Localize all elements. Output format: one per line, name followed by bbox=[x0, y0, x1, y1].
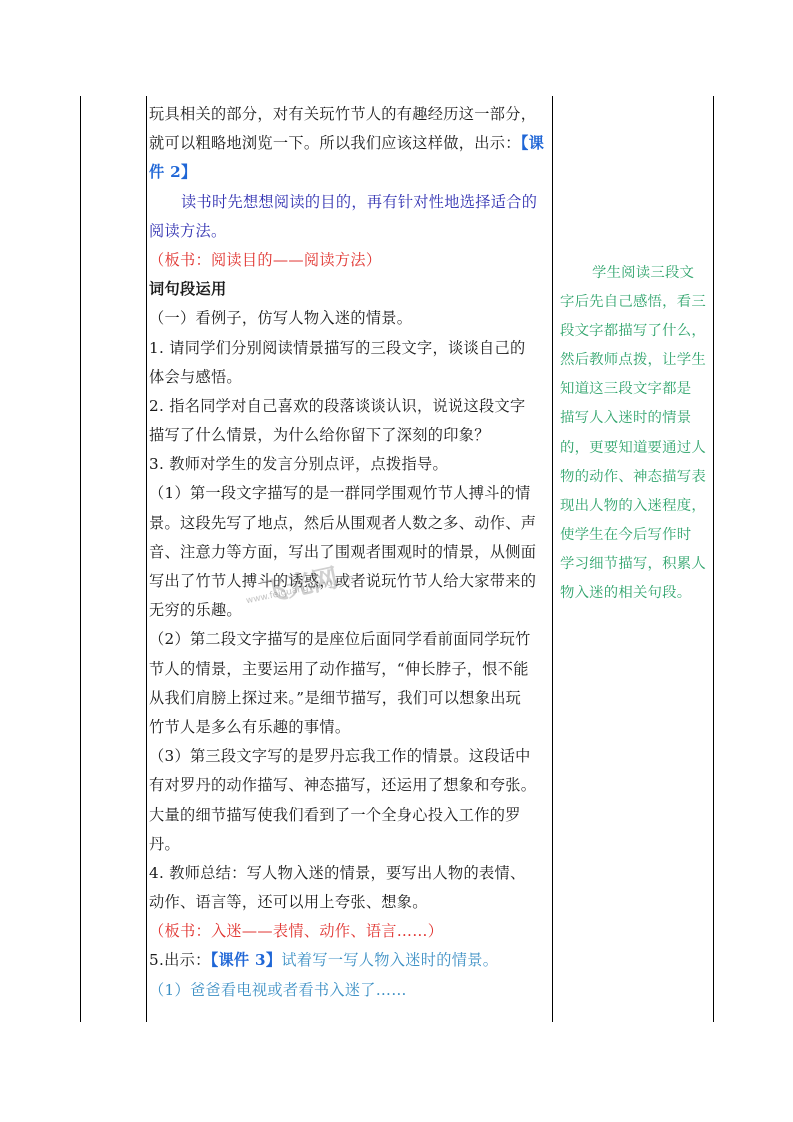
text-line: 竹节人是多么有乐趣的事情。 bbox=[149, 713, 560, 742]
table-border-left bbox=[80, 96, 81, 1022]
text-line: 景。这段先写了地点，然后从围观者人数之多、动作、声 bbox=[149, 509, 560, 538]
note-line: 字后先自己感悟，看三 bbox=[560, 288, 716, 317]
text-line: 3. 教师对学生的发言分别点评，点拨指导。 bbox=[149, 450, 560, 479]
note-line: 使学生在今后写作时 bbox=[560, 521, 716, 550]
note-line: 学习细节描写，积累人 bbox=[560, 550, 716, 579]
note-line: 然后教师点拨，让学生 bbox=[560, 346, 716, 375]
text-line: 体会与感悟。 bbox=[149, 363, 560, 392]
blackboard-note: （板书：阅读目的——阅读方法） bbox=[149, 246, 560, 275]
note-line: 段文字都描写了什么， bbox=[560, 317, 716, 346]
note-line: 物的动作、神态描写表 bbox=[560, 463, 716, 492]
section-heading: 词句段运用 bbox=[149, 275, 560, 304]
courseware-link: 【课件 3】 bbox=[211, 951, 282, 969]
note-line: 学生阅读三段文 bbox=[560, 259, 716, 288]
lesson-plan-table: 玩具相关的部分，对有关玩竹节人的有趣经历这一部分， 就可以粗略地浏览一下。所以我… bbox=[80, 96, 714, 1022]
text-line: 写出了竹节人搏斗的诱惑，或者说玩竹节人给大家带来的 bbox=[149, 567, 560, 596]
blackboard-note: （板书：入迷——表情、动作、语言……） bbox=[149, 917, 560, 946]
text-line: 5.出示：【课件 3】试着写一写人物入迷时的情景。 bbox=[149, 946, 560, 975]
text-line: （1）第一段文字描写的是一群同学围观竹节人搏斗的情 bbox=[149, 479, 560, 508]
text-line: 无穷的乐趣。 bbox=[149, 596, 560, 625]
text-line: 从我们肩膀上探过来。”是细节描写，我们可以想象出玩 bbox=[149, 684, 560, 713]
courseware-link: 件 2】 bbox=[149, 158, 560, 187]
text-line: 丹。 bbox=[149, 830, 560, 859]
text-line: 2. 指名同学对自己喜欢的段落谈谈认识，说说这段文字 bbox=[149, 392, 560, 421]
exercise-prompt: 试着写一写人物入迷时的情景。 bbox=[281, 951, 498, 969]
note-line: 物入迷的相关句段。 bbox=[560, 579, 716, 608]
text-line: 有对罗丹的动作描写、神态描写，还运用了想象和夸张。 bbox=[149, 771, 560, 800]
note-line: 现出人物的入迷程度， bbox=[560, 492, 716, 521]
text-line: 就可以粗略地浏览一下。所以我们应该这样做，出示：【课 bbox=[149, 129, 560, 158]
note-line: 知道这三段文字都是 bbox=[560, 375, 716, 404]
teaching-process-column: 玩具相关的部分，对有关玩竹节人的有趣经历这一部分， 就可以粗略地浏览一下。所以我… bbox=[149, 100, 560, 1005]
text-line: 大量的细节描写使我们看到了一个全身心投入工作的罗 bbox=[149, 801, 560, 830]
summary-text: 读书时先想想阅读的目的，再有针对性地选择适合的 bbox=[149, 188, 560, 217]
text-line: 描写了什么情景，为什么给你留下了深刻的印象？ bbox=[149, 421, 560, 450]
text-line: 节人的情景，主要运用了动作描写，“伸长脖子，恨不能 bbox=[149, 655, 560, 684]
table-border-col1 bbox=[146, 96, 147, 1022]
text-line: 动作、语言等，还可以用上夸张、想象。 bbox=[149, 888, 560, 917]
text-line: 4. 教师总结：写人物入迷的情景，要写出人物的表情、 bbox=[149, 859, 560, 888]
text-line: 玩具相关的部分，对有关玩竹节人的有趣经历这一部分， bbox=[149, 100, 560, 129]
note-line: 的，更要知道要通过人 bbox=[560, 434, 716, 463]
text-line: （2）第二段文字描写的是座位后面同学看前面同学玩竹 bbox=[149, 625, 560, 654]
summary-text: 阅读方法。 bbox=[149, 217, 560, 246]
text-line: 1. 请同学们分别阅读情景描写的三段文字，谈谈自己的 bbox=[149, 334, 560, 363]
text-line: 音、注意力等方面，写出了围观者围观时的情景，从侧面 bbox=[149, 538, 560, 567]
courseware-link: 【课 bbox=[521, 134, 544, 152]
exercise-item: （1）爸爸看电视或者看书入迷了…… bbox=[149, 976, 560, 1005]
design-intent-column: 学生阅读三段文 字后先自己感悟，看三 段文字都描写了什么， 然后教师点拨，让学生… bbox=[560, 259, 716, 608]
text-line: （一）看例子，仿写人物入迷的情景。 bbox=[149, 304, 560, 333]
note-line: 描写人入迷时的情景 bbox=[560, 404, 716, 433]
text-line: （3）第三段文字写的是罗丹忘我工作的情景。这段话中 bbox=[149, 742, 560, 771]
